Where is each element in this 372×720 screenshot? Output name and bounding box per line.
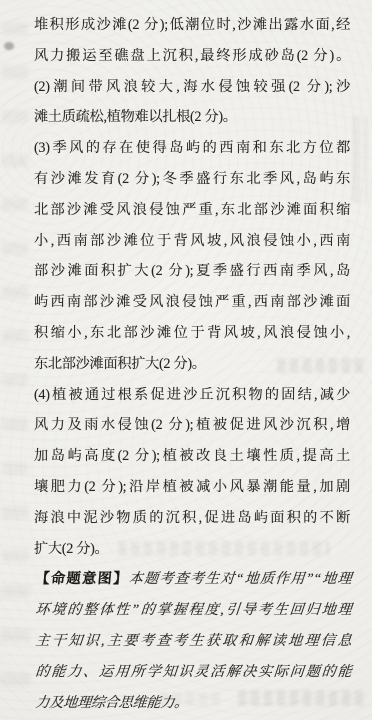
ink-smudge: [4, 42, 14, 50]
answer-text-line: 风力搬运至礁盘上沉积,最终形成砂岛(2 分)。: [34, 41, 350, 72]
intent-text-line: 主干知识,主要考查考生获取和解读地理信息: [34, 626, 353, 657]
answer-text-line: 北部沙滩受风浪侵蚀严重,东北部沙滩面积缩: [34, 195, 350, 226]
intent-text-line: 力及地理综合思维能力。: [34, 688, 353, 719]
answer-text-line: 壤肥力(2 分);沿岸植被减小风暴潮能量,加剧: [34, 472, 350, 503]
intent-text-line: 的能力、运用所学知识灵活解决实际问题的能: [34, 657, 353, 688]
answer-text-line: 风力及雨水侵蚀(2 分);植被促进风沙沉积,增: [34, 410, 350, 441]
answer-text-line: (4)植被通过根系促进沙丘沉积物的固结,减少: [34, 380, 350, 411]
intent-text-line: 环境的整体性”的掌握程度,引导考生回归地理: [34, 595, 353, 626]
show-through-artifact-left-margin: [2, 22, 28, 562]
answer-text-line: 海浪中泥沙物质的沉积,促进岛屿面积的不断: [34, 503, 350, 534]
scanned-page: 堆积形成沙滩(2 分);低潮位时,沙滩出露水面,经风力搬运至礁盘上沉积,最终形成…: [0, 0, 372, 720]
show-through-artifact-left-bottom: [0, 585, 30, 710]
answer-text-line: 滩土质疏松,植物难以扎根(2 分)。: [34, 102, 350, 133]
answer-text-line: 扩大(2 分)。: [34, 534, 350, 565]
show-through-artifact-right-margin: [352, 115, 368, 203]
answer-text-column: 堆积形成沙滩(2 分);低潮位时,沙滩出露水面,经风力搬运至礁盘上沉积,最终形成…: [34, 10, 350, 718]
intent-section-label: 【命题意图】: [35, 571, 130, 587]
answer-text-line: (2)潮间带风浪较大,海水侵蚀较强(2 分);沙: [34, 72, 350, 103]
intent-text-line: 【命题意图】本题考查考生对“地质作用”“地理: [34, 564, 353, 595]
answer-text-line: 积缩小,东北部沙滩位于背风坡,风浪侵蚀小,: [34, 318, 350, 349]
answer-text-line: 东北部沙滩面积扩大(2 分)。: [34, 349, 350, 380]
answer-text-line: 小,西南部沙滩位于背风坡,风浪侵蚀小,西南: [34, 226, 350, 257]
answer-text-line: 屿西南部沙滩受风浪侵蚀严重,西南部沙滩面: [34, 287, 350, 318]
answer-text-line: 有沙滩发育(2 分);冬季盛行东北季风,岛屿东: [34, 164, 350, 195]
answer-text-line: 加岛屿高度(2 分);植被改良土壤性质,提高土: [34, 441, 350, 472]
answer-text-line: 堆积形成沙滩(2 分);低潮位时,沙滩出露水面,经: [34, 10, 350, 41]
answer-text-line: 部沙滩面积扩大(2 分);夏季盛行西南季风,岛: [34, 256, 350, 287]
answer-text-line: (3)季风的存在使得岛屿的西南和东北方位都: [34, 133, 350, 164]
